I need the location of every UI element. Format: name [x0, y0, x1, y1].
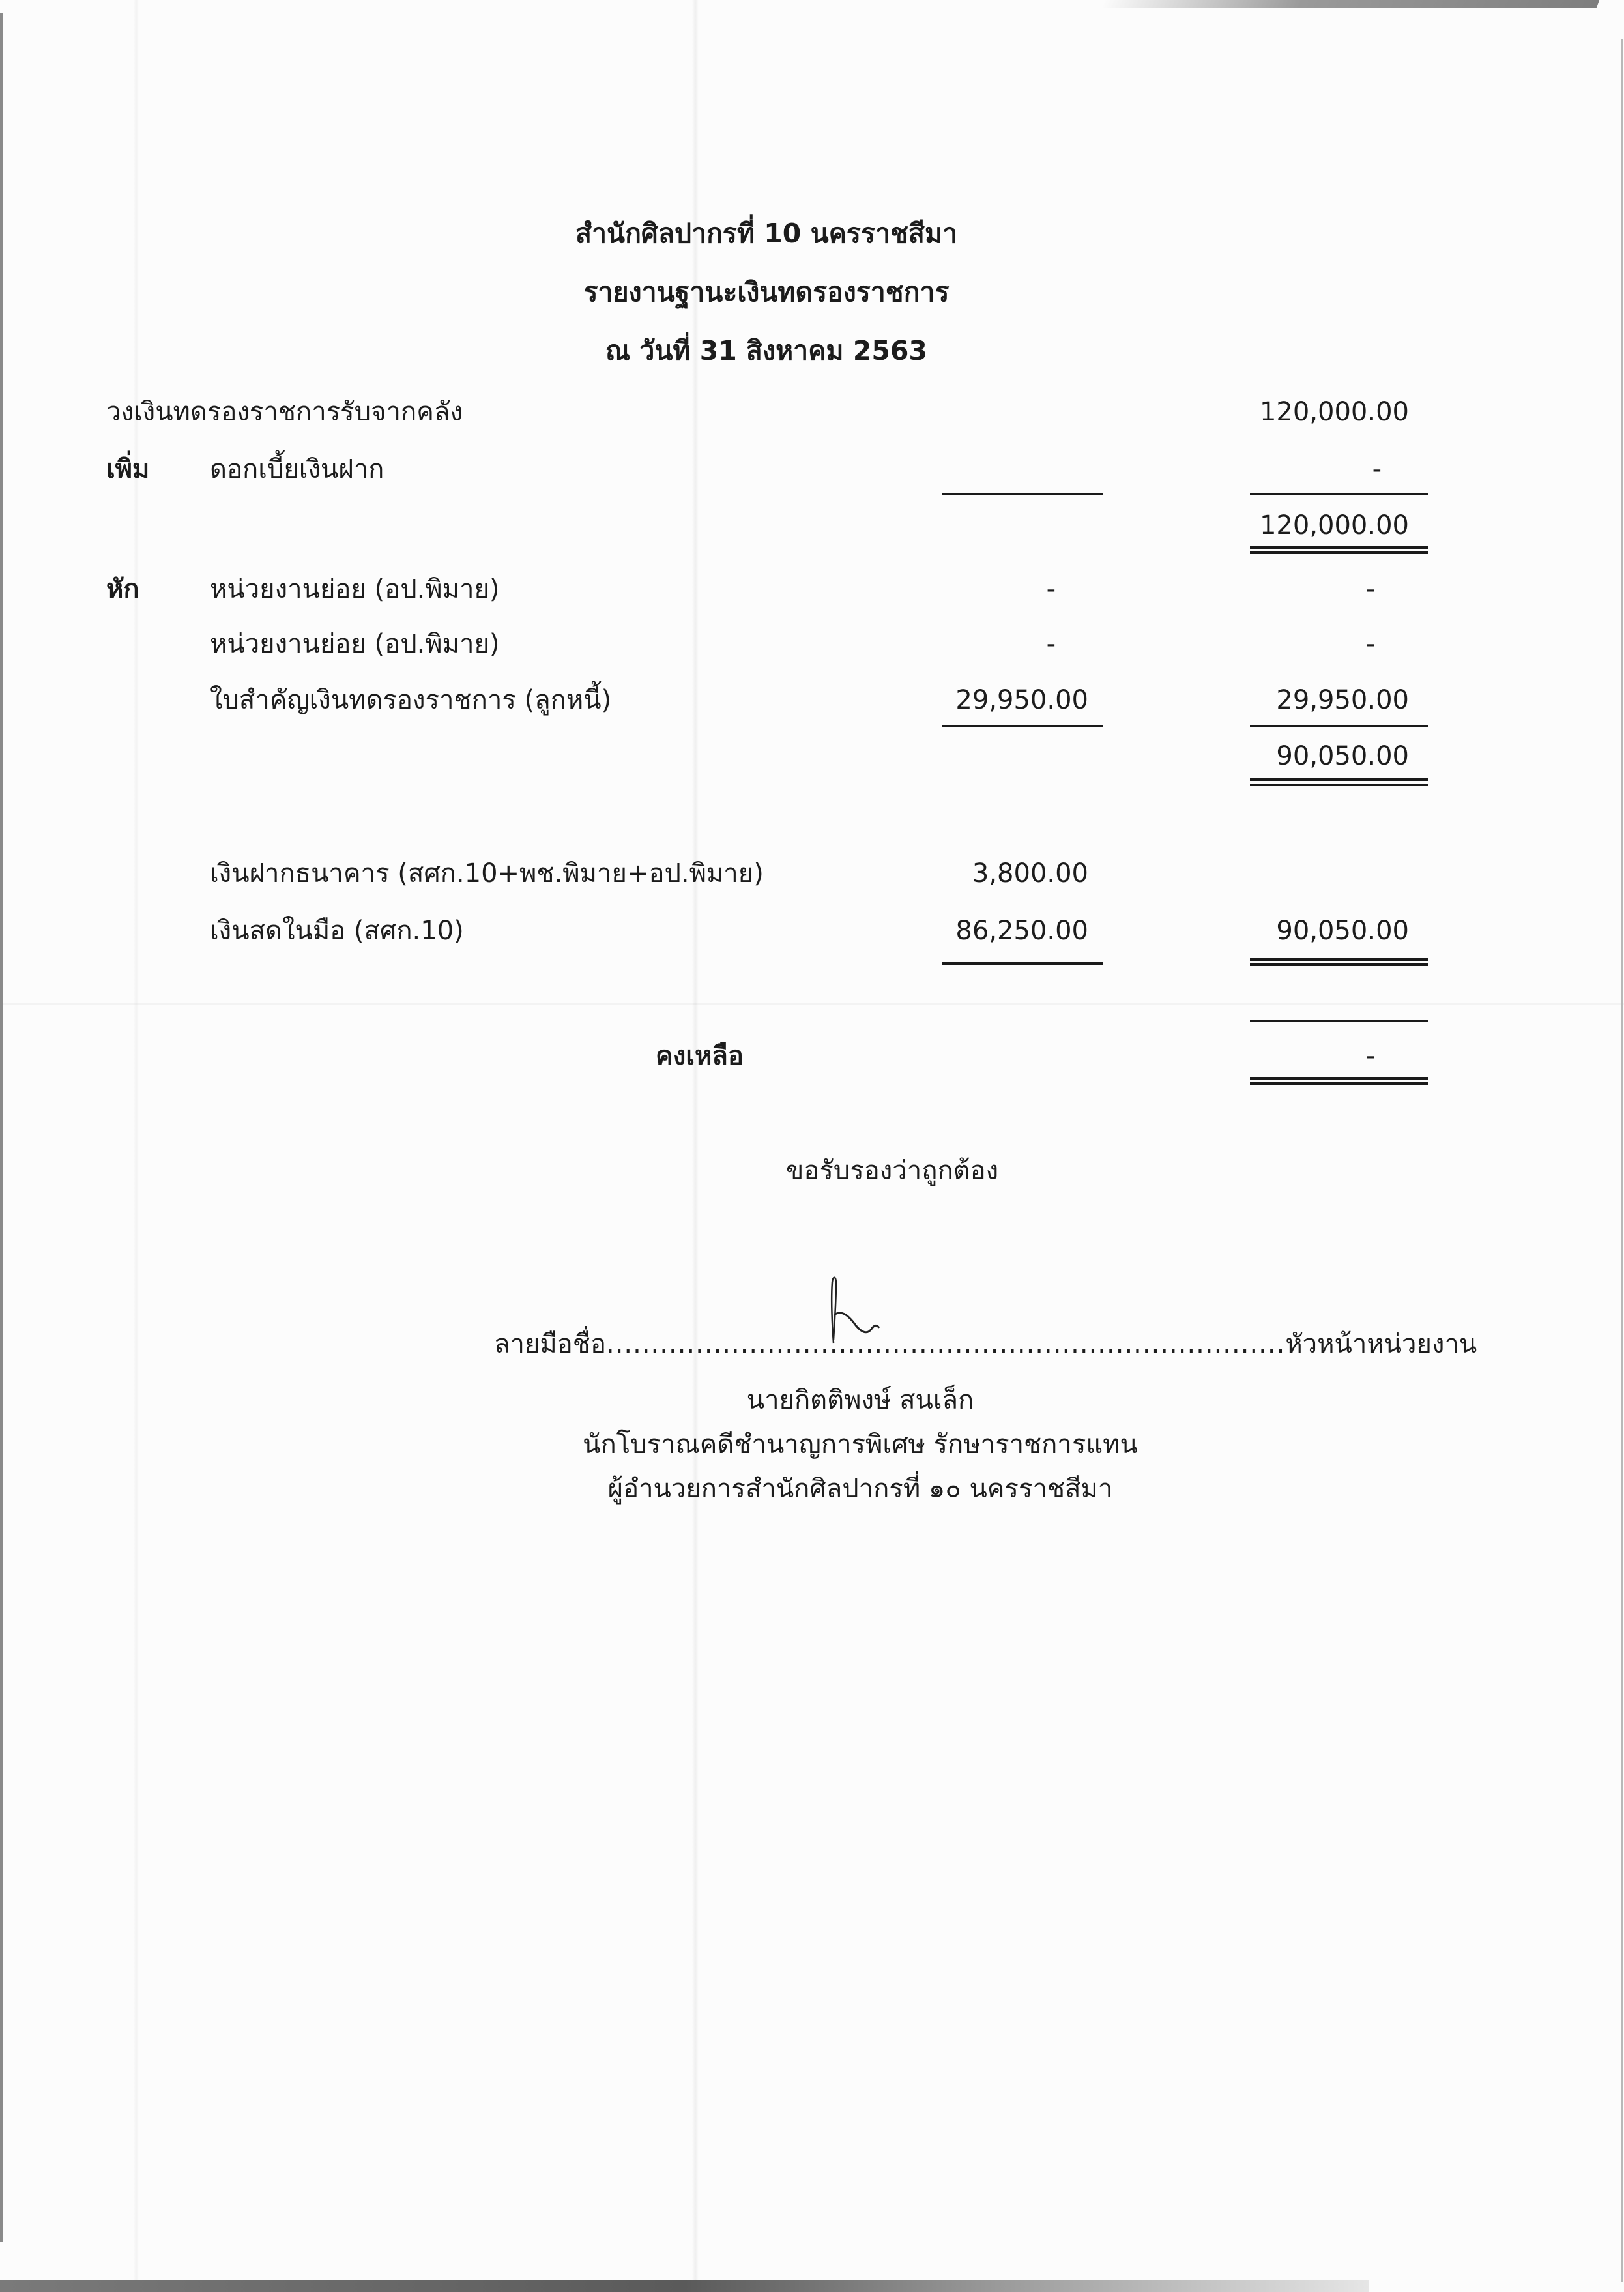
- advance-amount: 120,000.00: [1238, 399, 1409, 425]
- deduct-subtotal: 90,050.00: [1238, 743, 1409, 769]
- deduct-item-col2: 29,950.00: [1238, 687, 1409, 713]
- underline: [1250, 493, 1428, 495]
- deduct-prefix: หัก: [106, 576, 139, 602]
- deduct-item-col1: -: [978, 631, 1056, 657]
- signatory-position: นักโบราณคดีชำนาญการพิเศษ รักษาราชการแทน: [583, 1432, 1138, 1458]
- underline: [942, 962, 1103, 965]
- signatory-name: นายกิตติพงษ์ สนเล็ก: [747, 1387, 974, 1413]
- report-title: รายงานฐานะเงินทดรองราชการ: [584, 279, 950, 306]
- signature-line: ลายมือชื่อ..............................…: [494, 1331, 1477, 1357]
- deduct-item-col1: 29,950.00: [925, 687, 1088, 713]
- double-underline: [1250, 546, 1428, 554]
- double-underline: [1250, 958, 1428, 966]
- org-title: สำนักศิลปากรที่ 10 นครราชสีมา: [575, 220, 957, 247]
- report-date: ณ วันที่ 31 สิงหาคม 2563: [605, 338, 927, 364]
- document-page: สำนักศิลปากรที่ 10 นครราชสีมา รายงานฐานะ…: [0, 0, 1624, 2292]
- scan-fold-line: [134, 0, 139, 2292]
- cash-on-hand-amount: 86,250.00: [925, 918, 1088, 944]
- deduct-item-col2: -: [1290, 631, 1375, 657]
- add-prefix: เพิ่ม: [106, 456, 149, 482]
- underline: [1250, 725, 1428, 727]
- double-underline: [1250, 1077, 1428, 1085]
- deduct-item-label: ใบสำคัญเงินทดรองราชการ (ลูกหนี้): [210, 687, 611, 713]
- scan-fold-line: [0, 1003, 1624, 1005]
- balance-amount: -: [1290, 1043, 1375, 1069]
- add-item-label: ดอกเบี้ยเงินฝาก: [210, 456, 384, 482]
- signature-prefix: ลายมือชื่อ: [494, 1329, 606, 1359]
- cash-on-hand-label: เงินสดในมือ (สศก.10): [210, 918, 464, 944]
- underline: [1250, 1020, 1428, 1022]
- add-item-amount: -: [1238, 456, 1382, 482]
- advance-label: วงเงินทดรองราชการรับจากคลัง: [106, 399, 463, 425]
- balance-label: คงเหลือ: [656, 1043, 744, 1069]
- scan-edge-shadow: [1621, 39, 1623, 2282]
- bank-deposit-amount: 3,800.00: [925, 860, 1088, 887]
- holdings-total: 90,050.00: [1238, 918, 1409, 944]
- scan-edge-shadow: [1101, 0, 1599, 8]
- underline: [942, 725, 1103, 727]
- deduct-item-col2: -: [1290, 576, 1375, 602]
- deduct-item-col1: -: [978, 576, 1056, 602]
- deduct-item-label: หน่วยงานย่อย (อป.พิมาย): [210, 576, 500, 602]
- signatory-acting-position: ผู้อำนวยการสำนักศิลปากรที่ ๑๐ นครราชสีมา: [608, 1476, 1113, 1502]
- underline: [942, 493, 1103, 495]
- double-underline: [1250, 778, 1428, 786]
- certification-statement: ขอรับรองว่าถูกต้อง: [786, 1158, 998, 1184]
- signature-dots: ........................................…: [606, 1329, 1285, 1359]
- bank-deposit-label: เงินฝากธนาคาร (สศก.10+พช.พิมาย+อป.พิมาย): [210, 860, 764, 887]
- scan-edge-shadow: [0, 2280, 1369, 2292]
- handwritten-signature-icon: [824, 1274, 916, 1346]
- signature-suffix: หัวหน้าหน่วยงาน: [1285, 1329, 1477, 1359]
- scan-edge-shadow: [0, 13, 3, 2242]
- add-subtotal: 120,000.00: [1238, 512, 1409, 538]
- deduct-item-label: หน่วยงานย่อย (อป.พิมาย): [210, 631, 500, 657]
